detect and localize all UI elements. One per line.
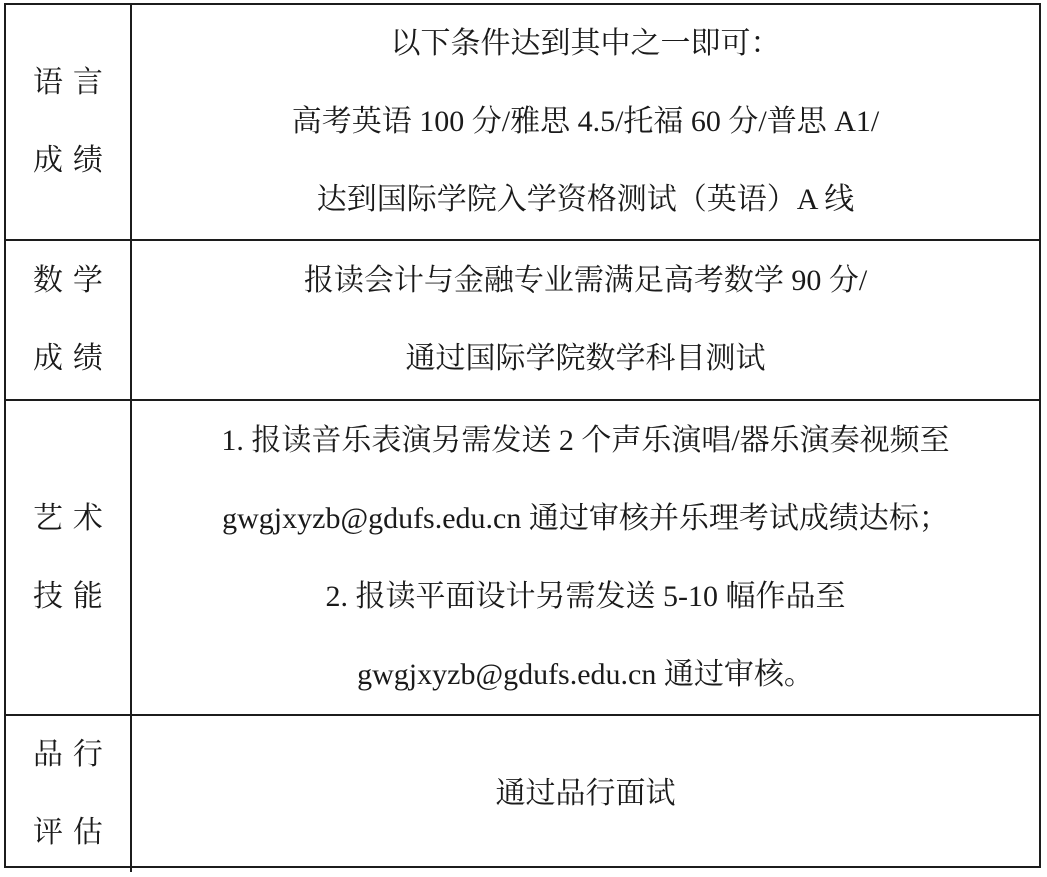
content-line: 高考英语 100 分/雅思 4.5/托福 60 分/普思 A1/ (292, 83, 880, 161)
table-row-language-score: 语言 成绩 以下条件达到其中之一即可： 高考英语 100 分/雅思 4.5/托福… (6, 5, 1039, 241)
content-cell-math-score: 报读会计与金融专业需满足高考数学 90 分/ 通过国际学院数学科目测试 (132, 241, 1039, 399)
content-line: gwgjxyzb@gdufs.edu.cn 通过审核。 (357, 636, 814, 714)
row-header-line: 成绩 (33, 122, 113, 200)
row-header-line: 艺术 (33, 480, 113, 558)
content-line: 通过国际学院数学科目测试 (406, 320, 766, 398)
table-row-art-skills: 艺术 技能 1. 报读音乐表演另需发送 2 个声乐演唱/器乐演奏视频至 gwgj… (6, 401, 1039, 716)
row-header-line: 技能 (33, 558, 113, 636)
row-header-cell-math-score: 数学 成绩 (6, 241, 132, 399)
content-line: 以下条件达到其中之一即可： (391, 5, 781, 83)
row-header-line: 成绩 (33, 320, 113, 398)
row-header-cell-art-skills: 艺术 技能 (6, 401, 132, 714)
row-header-cell-conduct-assessment: 品行 评估 (6, 716, 132, 872)
content-line: 通过品行面试 (496, 755, 676, 833)
row-header-line: 评估 (33, 794, 113, 872)
content-cell-art-skills: 1. 报读音乐表演另需发送 2 个声乐演唱/器乐演奏视频至 gwgjxyzb@g… (132, 401, 1039, 714)
content-line: gwgjxyzb@gdufs.edu.cn 通过审核并乐理考试成绩达标； (222, 480, 949, 558)
content-cell-conduct-assessment: 通过品行面试 (132, 716, 1039, 872)
row-header-line: 品行 (33, 716, 113, 794)
content-line: 达到国际学院入学资格测试（英语）A 线 (317, 161, 855, 239)
content-cell-language-score: 以下条件达到其中之一即可： 高考英语 100 分/雅思 4.5/托福 60 分/… (132, 5, 1039, 239)
table-row-math-score: 数学 成绩 报读会计与金融专业需满足高考数学 90 分/ 通过国际学院数学科目测… (6, 241, 1039, 401)
row-header-line: 数学 (33, 242, 113, 320)
row-header-line: 语言 (33, 44, 113, 122)
content-line: 报读会计与金融专业需满足高考数学 90 分/ (304, 242, 867, 320)
content-line: 1. 报读音乐表演另需发送 2 个声乐演唱/器乐演奏视频至 (221, 402, 949, 480)
row-header-cell-language-score: 语言 成绩 (6, 5, 132, 239)
content-line: 2. 报读平面设计另需发送 5-10 幅作品至 (326, 558, 846, 636)
requirements-table: 语言 成绩 以下条件达到其中之一即可： 高考英语 100 分/雅思 4.5/托福… (4, 3, 1041, 868)
table-row-conduct-assessment: 品行 评估 通过品行面试 (6, 716, 1039, 872)
